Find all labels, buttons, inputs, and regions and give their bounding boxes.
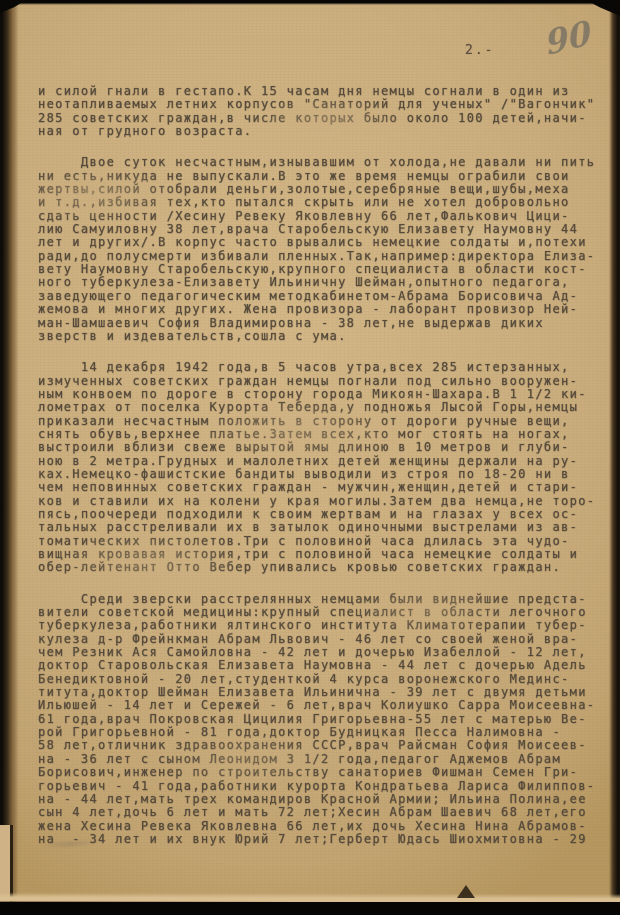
paragraph-4: Среди зверски расстрелянных немцами были…: [38, 593, 610, 847]
paragraph-1: и силой гнали в гестапо.К 15 часам дня н…: [38, 85, 610, 138]
scan-edge-right: [609, 0, 620, 915]
scan-edge-bottom: [0, 902, 620, 915]
paragraph-2: Двое суток несчастным,изнывавшим от холо…: [38, 156, 610, 343]
paragraph-3: 14 декабря 1942 года,в 5 часов утра,всех…: [38, 361, 610, 575]
scan-edge-top: [0, 0, 620, 5]
document-text: и силой гнали в гестапо.К 15 часам дня н…: [38, 85, 610, 864]
scanned-document-page: 2.- 90 и силой гнали в гестапо.К 15 часа…: [0, 0, 620, 915]
scan-edge-left: [0, 0, 18, 915]
typed-page-number: 2.-: [465, 43, 494, 58]
